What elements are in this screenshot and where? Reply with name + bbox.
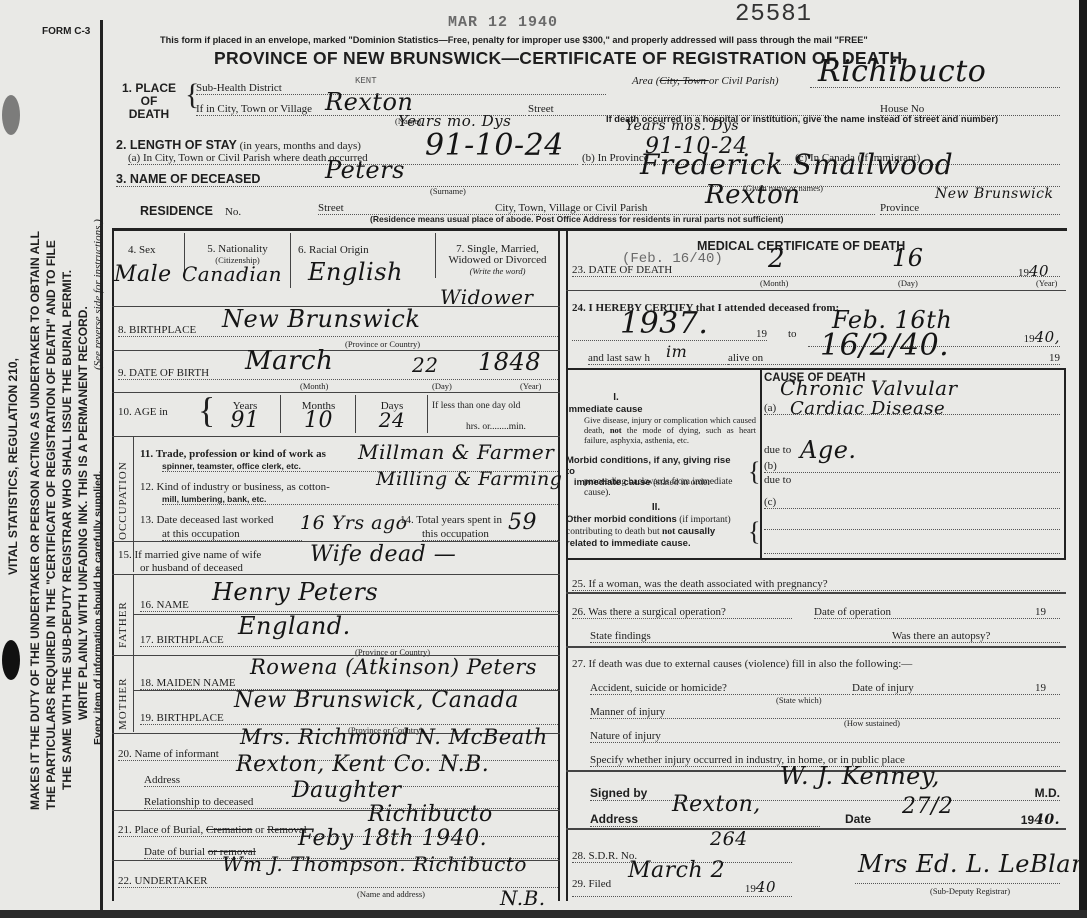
due-to-2: due to [764,474,791,486]
registrar-caption: (Sub-Deputy Registrar) [930,886,1010,896]
last-saw-field[interactable]: and last saw h [588,352,728,365]
punch-hole [2,640,20,680]
total-years-label: 14. Total years spent in [400,514,502,526]
deceased-given-names[interactable]: Frederick Smallwood [640,148,953,181]
divider [280,395,281,433]
place-of-death-label: 1. PLACEOFDEATH [114,82,184,121]
residence-city-value: Rexton [705,180,800,210]
morbid-desc: proceeding backwards from immediate caus… [584,477,760,499]
sex-label: 4. Sex [128,244,156,256]
year-caption: (Year) [520,381,541,391]
injury-date-field[interactable]: Date of injury19 [852,682,1060,695]
father-name-value: Henry Peters [212,578,378,606]
relationship-value: Daughter [292,778,402,803]
residence-province-field[interactable]: Province [880,202,1060,215]
registration-number: 25581 [735,1,812,28]
industry-field[interactable]: mill, lumbering, bank, etc. [162,494,558,505]
other-label: Other morbid conditions (if important) c… [566,514,746,550]
divider [435,233,436,278]
marital-label: 7. Single, Married, Widowed or Divorced(… [440,244,555,277]
dod-year-caption: (Year) [1036,278,1057,288]
margin-instruction-1: VITAL STATISTICS, REGULATION 210, [6,358,20,575]
margin-instruction-6b: (See reverse side for instructions.) [92,219,104,370]
other-conditions-field-1[interactable] [764,528,1060,530]
racial-label: 6. Racial Origin [298,244,369,256]
month-caption: (Month) [300,381,328,391]
birthplace-caption: (Province or Country) [345,339,420,349]
q25-field[interactable]: 25. If a woman, was the death associated… [572,578,1060,591]
divider [427,395,428,433]
how-sustained-caption: (How sustained) [844,718,900,728]
alive-on-value: 16/2/40. [820,328,949,363]
signed-by-value: W. J. Kenney, [780,762,940,790]
address-value: Rexton, [672,792,761,817]
cause-a-value-1: Chronic Valvular [780,376,958,400]
sub-health-district-value: KENT [355,76,377,86]
q26-field[interactable]: 26. Was there a surgical operation? [572,606,792,619]
attended-from-value: 1937. [620,306,708,341]
state-which-caption: (State which) [776,695,822,705]
deceased-surname[interactable]: Peters [325,156,405,184]
operation-date-field[interactable]: Date of operation19 [814,606,1060,619]
divider [112,392,560,393]
undertaker-value-2: N.B. [500,886,546,910]
spouse-label: 15. If married give name of wife [118,549,261,561]
last-worked-field[interactable]: at this occupation [162,528,302,541]
undertaker-value: Wm J. Thompson. Richibucto [222,852,527,876]
informant-name-value: Mrs. Richmond N. McBeath [240,725,548,749]
postal-notice: This form if placed in an envelope, mark… [160,35,868,45]
cause-c-field[interactable]: (c) [764,496,1060,509]
margin-instruction-5: WRITE PLAINLY WITH UNFADING INK. THIS IS… [76,306,90,720]
left-col-right-border [558,231,560,901]
other-conditions-field-2[interactable] [764,552,1060,554]
mother-birthplace-field[interactable]: 19. BIRTHPLACE [140,712,558,725]
burial-date-value: Feby 18th 1940. [298,826,487,851]
divider [355,395,356,433]
last-worked-label: 13. Date deceased last worked [140,514,273,526]
trade-label: 11. Trade, profession or kind of work as [140,448,326,460]
mother-name-value: Rowena (Atkinson) Peters [250,655,537,679]
father-section-label: FATHER [117,601,129,648]
left-col-border [112,231,114,901]
divider [566,592,1066,594]
divider [133,574,134,732]
date-of-death-stamp: (Feb. 16/40) [622,251,723,267]
margin-instruction-2: MAKES IT THE DUTY OF THE UNDERTAKER OR P… [28,231,42,810]
dod-month: 2 [768,244,785,274]
state-findings-field[interactable]: State findings [590,630,890,643]
q27-label: 27. If death was due to external causes … [572,658,912,670]
punch-hole [2,95,20,135]
dob-year: 1848 [478,348,541,376]
cause-a-value-2: Cardiac Disease [790,398,945,419]
age-days-value[interactable]: 24 [357,408,427,432]
cause-b-field[interactable]: (b) [764,460,1060,473]
stay-city-value: 91-10-24 [425,128,564,163]
undertaker-caption: (Name and address) [357,889,425,899]
divider [566,290,1066,291]
surname-caption: (Surname) [430,186,466,196]
scan-edge [1079,0,1087,918]
total-years-value: 59 [508,510,537,535]
industry-label: 12. Kind of industry or business, as cot… [140,481,330,493]
other-num: II. [566,502,746,513]
registrar-signature-field[interactable] [855,882,1060,884]
divider [566,828,1066,830]
bottom-edge [0,910,1087,918]
street-label: Street [528,103,554,115]
dod-day-caption: (Day) [898,278,918,288]
length-of-stay-label: 2. LENGTH OF STAY (in years, months and … [116,138,361,152]
racial-value[interactable]: English [308,258,403,286]
lt-day-label: If less than one day old [432,401,520,411]
spouse-value: Wife dead — [310,542,456,567]
residence-label: RESIDENCE [140,204,213,218]
margin-instruction-6: Every item of information should be care… [92,471,104,745]
to-label: to [788,328,797,340]
immediate-label: Immediate cause [566,404,643,415]
filed-value: March 2 [628,858,725,883]
age-years-value[interactable]: 91 [210,408,280,433]
residence-note: (Residence means usual place of abode. P… [370,214,783,224]
immediate-num: I. [566,392,666,403]
industry-value: Milling & Farming [376,468,562,490]
age-label: 10. AGE in [118,406,168,418]
sdr-no-value: 264 [710,828,748,850]
immediate-desc: Give disease, injury or complication whi… [584,415,756,445]
occupation-section-label: OCCUPATION [117,461,129,540]
section-divider [112,228,1067,231]
autopsy-field[interactable]: Was there an autopsy? [892,630,1060,643]
medical-heading: MEDICAL CERTIFICATE OF DEATH [697,239,905,253]
informant-address-value: Rexton, Kent Co. N.B. [236,752,489,777]
due-to-1: due to [764,444,791,456]
birthplace-value: New Brunswick [222,305,420,333]
dob-month: March [245,346,333,376]
sex-value[interactable]: Male [114,262,172,287]
brace: { [748,512,760,552]
father-birthplace-value: England. [238,612,351,640]
accident-field[interactable]: Accident, suicide or homicide? [590,682,850,695]
dod-day: 16 [892,244,924,272]
registrar-signature: Mrs Ed. L. LeBlanc [858,850,1087,878]
undertaker-field[interactable]: 22. UNDERTAKER [118,875,558,888]
divider [566,646,1066,648]
area-label: Area (City, Town or Civil Parish) [632,75,778,87]
age-months-value[interactable]: 10 [282,408,355,433]
cert-date-value: 27/2 [902,794,953,819]
mother-section-label: MOTHER [117,678,129,730]
nature-field[interactable]: Nature of injury [590,730,1060,743]
margin-instruction-3: THE PARTICULARS REQUIRED IN THE "CERTIFI… [44,240,58,810]
stay-province-units: Years mos. Dys [625,118,739,134]
divider [112,436,560,437]
form-number: FORM C-3 [42,26,90,37]
total-years-field[interactable]: this occupation [422,528,558,541]
margin-instruction-4: THE SAME WITH THE SUB-DEPUTY REGISTRAR W… [60,270,74,790]
received-stamp: MAR 12 1940 [448,14,558,31]
mother-birthplace-value: New Brunswick, Canada [234,688,519,713]
city-label: If in City, Town or Village [196,103,312,115]
burial-place-value: Richibucto [368,802,493,827]
brace: { [748,452,760,492]
trade-value: Millman & Farmer [358,440,554,464]
nationality-value[interactable]: Canadian [182,262,282,286]
certificate-title: PROVINCE OF NEW BRUNSWICK—CERTIFICATE OF… [214,48,902,69]
divider [112,574,560,575]
divider [290,233,291,288]
dob-day: 22 [412,353,438,377]
mid-col-border [566,231,568,901]
residence-no-label: No. [225,206,241,218]
last-worked-value: 16 Yrs ago [300,512,408,534]
area-value: Richibucto [818,54,986,89]
hrs-min-label: hrs. or........min. [466,422,526,432]
day-caption: (Day) [432,381,452,391]
last-saw-value: im [666,342,687,361]
margin-divider [100,20,103,918]
dod-month-caption: (Month) [760,278,788,288]
sub-health-district-label: Sub-Health District [196,82,282,94]
residence-province-value: New Brunswick [935,186,1075,202]
manner-field[interactable]: Manner of injury [590,706,1060,719]
